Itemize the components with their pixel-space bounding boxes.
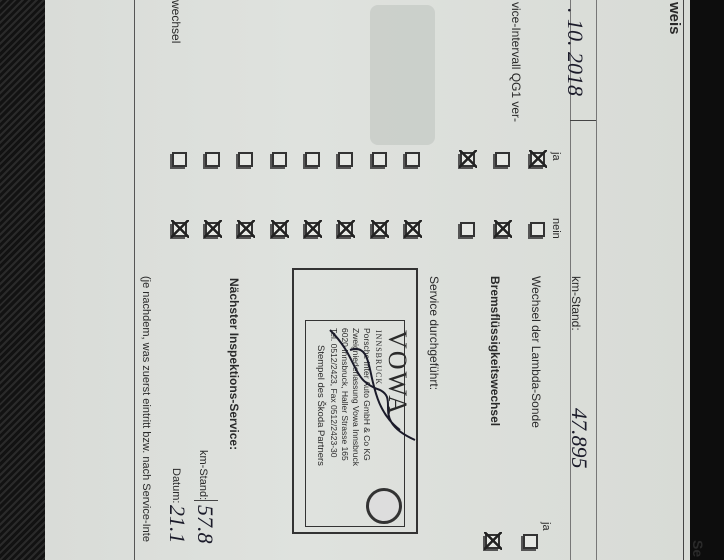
checkbox-nein-10[interactable]	[205, 222, 220, 237]
row-label-fragment: wechsel	[169, 0, 183, 43]
brake-fluid-label: Bremsflüssigkeitswechsel	[488, 276, 502, 426]
form-border-line-2	[596, 0, 597, 560]
page-edge-line	[683, 0, 684, 560]
form-cell-divider	[570, 120, 596, 121]
checkbox-ja-8[interactable]	[272, 152, 287, 167]
checkbox-nein-6[interactable]	[338, 222, 353, 237]
checkbox-nein-3[interactable]	[460, 222, 475, 237]
footer-note: (je nachdem, was zuerst eintritt bzw. na…	[140, 276, 152, 542]
next-date-label: Datum:	[170, 468, 182, 503]
checkbox-ja-5[interactable]	[372, 152, 387, 167]
checkbox-ja-4[interactable]	[405, 152, 420, 167]
checkbox-nein-8[interactable]	[272, 222, 287, 237]
next-date-value: 21.1	[164, 505, 190, 544]
checkbox-nein-2[interactable]	[495, 222, 510, 237]
skoda-logo-icon	[366, 488, 402, 524]
checkbox-nein-7[interactable]	[305, 222, 320, 237]
checkbox-ja-10[interactable]	[205, 152, 220, 167]
service-done-label: Service durchgeführt:	[427, 276, 441, 390]
faded-stamp	[370, 5, 435, 145]
checkbox-nein-11[interactable]	[172, 222, 187, 237]
km-value: 47.895	[566, 408, 592, 469]
checkbox-ja-1[interactable]	[530, 152, 545, 167]
checkbox-ja-3[interactable]	[460, 152, 475, 167]
km-label: km-Stand:	[569, 276, 583, 331]
page-title: weis	[666, 2, 683, 35]
checkbox-ja-2[interactable]	[495, 152, 510, 167]
checkbox-nein-5[interactable]	[372, 222, 387, 237]
checkbox-nein-4[interactable]	[405, 222, 420, 237]
page-fold-line	[134, 0, 135, 560]
ja-header: ja	[550, 152, 562, 161]
next-page-header: Se	[690, 540, 706, 557]
checkbox-ja-11[interactable]	[172, 152, 187, 167]
checkbox-ja-7[interactable]	[305, 152, 320, 167]
background-dark	[690, 0, 724, 560]
checkbox-nein-9[interactable]	[238, 222, 253, 237]
next-km-label: km-Stand:	[197, 450, 209, 500]
next-km-value: 57.8	[192, 505, 218, 544]
next-service-label: Nächster Inspektions-Service:	[227, 278, 241, 450]
signature	[320, 320, 420, 450]
checkbox-ja-6[interactable]	[338, 152, 353, 167]
lambda-checkbox[interactable]	[523, 534, 538, 549]
checkbox-ja-9[interactable]	[238, 152, 253, 167]
background-fabric	[0, 0, 45, 560]
km-underline	[194, 500, 218, 501]
brake-fluid-checkbox[interactable]	[485, 534, 500, 549]
ja-header-right: ja	[540, 522, 552, 531]
checkbox-nein-1[interactable]	[530, 222, 545, 237]
interval-text: vice-Intervall QG1 ver-	[509, 2, 523, 122]
lambda-label: Wechsel der Lambda-Sonde	[529, 276, 543, 428]
handwritten-date: . 10. 2018	[562, 8, 588, 96]
nein-header: nein	[550, 218, 562, 239]
